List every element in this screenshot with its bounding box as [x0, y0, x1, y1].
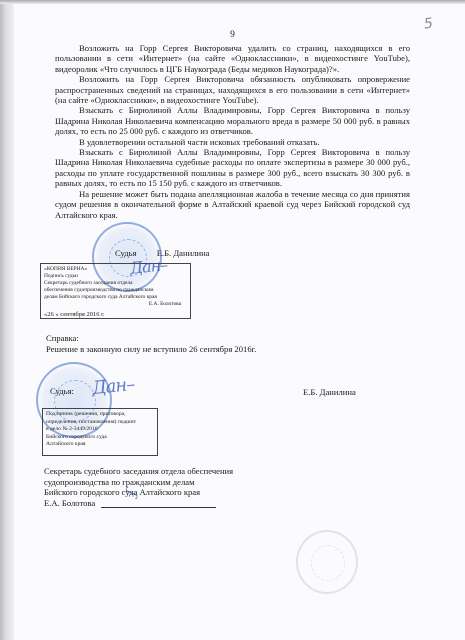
- note-text: Решение в законную силу не вступило 26 с…: [46, 344, 256, 355]
- judge-title-2: Судья:: [50, 386, 74, 396]
- judge-signature-line: Судья Е.Б. Данилина: [115, 248, 228, 258]
- stamp-secretary-name: Е.А. Болотова: [44, 301, 187, 308]
- secretary-name-row: Е.А. Болотова: [44, 498, 233, 509]
- handwritten-signature-icon: Дан–: [91, 374, 135, 399]
- stamp-date: «26 » сентября 2016 г.: [44, 311, 187, 318]
- case-number: в дело № 2-3449/2016: [46, 426, 154, 434]
- filing-stamp: Подлинник (решения, приговора, определен…: [42, 408, 158, 456]
- stamp-line: обеспечения судопроизводства по гражданс…: [44, 287, 187, 294]
- judge-name-2: Е.Б. Данилина: [303, 387, 356, 397]
- decision-text: Возложить на Горр Сергея Викторовича уда…: [55, 43, 410, 220]
- note-title: Справка:: [46, 333, 256, 344]
- faded-seal-bleedthrough-icon: [296, 530, 358, 594]
- page-number: 9: [0, 30, 465, 40]
- handwritten-signature-icon: Дан–: [129, 255, 168, 278]
- paragraph-remove-video: Возложить на Горр Сергея Викторовича уда…: [55, 43, 410, 74]
- stamp-line: делам Бийского городского суда Алтайског…: [44, 294, 187, 301]
- paragraph-publish-refutation: Возложить на Горр Сергея Викторовича обя…: [55, 74, 410, 105]
- scan-left-edge: [0, 0, 14, 640]
- secretary-name: Е.А. Болотова: [44, 498, 95, 508]
- secretary-block: Секретарь судебного заседания отдела обе…: [44, 466, 233, 508]
- paragraph-court-costs: Взыскать с Бирюлиной Аллы Владимировны, …: [55, 147, 410, 189]
- judge-title: Судья: [115, 248, 137, 258]
- paragraph-moral-damages: Взыскать с Бирюлиной Аллы Владимировны, …: [55, 105, 410, 136]
- stamp-line: Секретарь судебного заседания отдела: [44, 280, 187, 287]
- legal-status-note: Справка: Решение в законную силу не всту…: [46, 333, 256, 354]
- paragraph-rest-denied: В удовлетворении остальной части исковых…: [55, 137, 410, 147]
- paragraph-appeal: На решение может быть подана апелляционн…: [55, 189, 410, 220]
- copy-certified-stamp: «КОПИЯ ВЕРНА» Подпись судьи Секретарь су…: [40, 263, 191, 319]
- secretary-line: Секретарь судебного заседания отдела обе…: [44, 466, 233, 477]
- stamp-line: Алтайского края: [46, 441, 154, 449]
- signature-line: [101, 507, 216, 508]
- stamp-line: определения, постановления) подшит: [46, 419, 154, 427]
- scan-top-edge: [0, 0, 465, 4]
- secretary-line: судопроизводства по гражданским делам: [44, 477, 233, 488]
- stamp-line: Подлинник (решения, приговора,: [46, 411, 154, 419]
